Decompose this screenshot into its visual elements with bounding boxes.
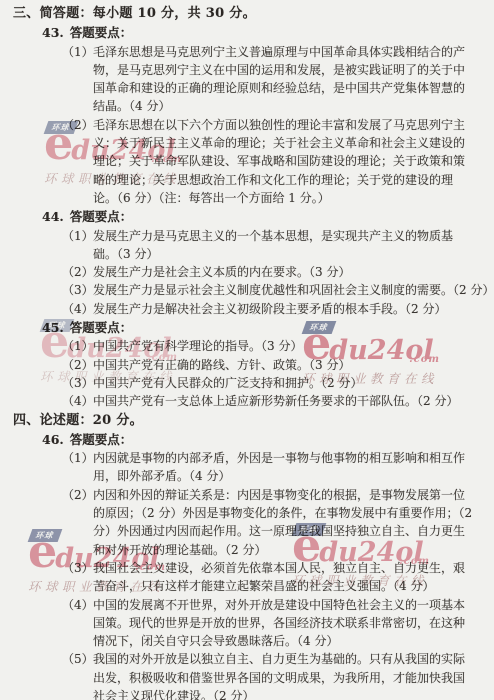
item-marker: （1） (62, 449, 93, 486)
text-line: 发展生产力是显示社会主义制度优越性和巩固社会主义制度的需要。（2 分） (93, 281, 494, 299)
text-line: 发展生产力是解决社会主义初级阶段主要矛盾的根本手段。（2 分） (93, 300, 446, 318)
item-marker: （2） (62, 486, 93, 559)
item-text: 我国的对外开放是以独立自主、自力更生为基础的。只有从我国的实际出发，积极吸收和借… (93, 650, 465, 700)
question-number: 43. (42, 24, 64, 42)
text-line: 我国的对外开放是以独立自主、自力更生为基础的。只有从我国的实际 (93, 650, 465, 668)
item-text: 发展生产力是社会主义本质的内在要求。（3 分） (93, 263, 350, 281)
answer-item: （4）中国共产党有一支总体上适应新形势新任务要求的干部队伍。（2 分） (0, 392, 494, 410)
question-number: 44. (42, 208, 64, 226)
item-marker: （4） (62, 300, 93, 318)
answer-item: （2）毛泽东思想在以下六个方面以独创性的理论丰富和发展了马克思列宁主义：关于新民… (0, 116, 494, 207)
text-line: 内因就是事物的内部矛盾，外因是一事物与他事物的相互影响和相互作 (93, 449, 465, 467)
question-heading: 43.答题要点： (0, 24, 494, 42)
item-marker: （1） (62, 43, 93, 116)
item-marker: （3） (62, 559, 93, 596)
text-line: 社会主义现代化建设。（2 分） (93, 687, 465, 700)
item-text: 内因和外因的辩证关系是：内因是事物变化的根据，是事物发展第一位的原因；（2 分）… (93, 486, 472, 559)
text-line: 理论；关于革命军队建设、军事战略和国防建设的理论；关于政策和策 (93, 152, 465, 170)
answer-item: （5）我国的对外开放是以独立自主、自力更生为基础的。只有从我国的实际出发，积极吸… (0, 650, 494, 700)
item-text: 毛泽东思想是马克思列宁主义普遍原理与中国革命具体实践相结合的产物，是马克思列宁主… (93, 43, 465, 116)
item-text: 中国共产党有一支总体上适应新形势新任务要求的干部队伍。（2 分） (93, 392, 458, 410)
text-line: 中国共产党有人民群众的广泛支持和拥护。（2 分） (93, 374, 362, 392)
text-line: 义：关于新民主主义革命的理论；关于社会主义革命和社会主义建设的 (93, 134, 465, 152)
item-marker: （5） (62, 650, 93, 700)
item-marker: （3） (62, 281, 93, 299)
item-marker: （4） (62, 596, 93, 651)
text-line: 用，即外部矛盾。（4 分） (93, 467, 465, 485)
question-heading: 45.答题要点： (0, 319, 494, 337)
answer-item: （1）内因就是事物的内部矛盾，外因是一事物与他事物的相互影响和相互作用，即外部矛… (0, 449, 494, 486)
answer-item: （3）中国共产党有人民群众的广泛支持和拥护。（2 分） (0, 374, 494, 392)
answer-item: （3）我国社会主义建设，必须首先依靠本国人民，独立自主、自力更生，艰苦奋斗，只有… (0, 559, 494, 596)
text-line: 中国共产党有一支总体上适应新形势新任务要求的干部队伍。（2 分） (93, 392, 458, 410)
text-line: 毛泽东思想在以下六个方面以独创性的理论丰富和发展了马克思列宁主 (93, 116, 465, 134)
text-line: 论。（6 分）（注：每答出一个方面给 1 分。） (93, 189, 465, 207)
text-line: 略的理论；关于思想政治工作和文化工作的理论；关于党的建设的理 (93, 171, 465, 189)
item-text: 中国共产党有正确的路线、方针、政策。（3 分） (93, 356, 350, 374)
question-heading: 44.答题要点： (0, 208, 494, 226)
answer-item: （2）内因和外因的辩证关系是：内因是事物变化的根据，是事物发展第一位的原因；（2… (0, 486, 494, 559)
text-line: 国策。现代的世界是开放的世界，各国经济技术联系非常密切，在这种 (93, 614, 465, 632)
text-line: 发展生产力是马克思主义的一个基本思想，是实现共产主义的物质基 (93, 227, 453, 245)
answer-item: （3）发展生产力是显示社会主义制度优越性和巩固社会主义制度的需要。（2 分） (0, 281, 494, 299)
item-text: 发展生产力是马克思主义的一个基本思想，是实现共产主义的物质基础。（3 分） (93, 227, 453, 264)
item-text: 中国的发展离不开世界，对外开放是建设中国特色社会主义的一项基本国策。现代的世界是… (93, 596, 465, 651)
text-line: 情况下，闭关自守只会导致愚昧落后。（4 分） (93, 632, 465, 650)
question-label: 答题要点： (70, 320, 133, 335)
question-heading: 46.答题要点： (0, 431, 494, 449)
question-label: 答题要点： (70, 209, 133, 224)
text-line: 的原因；（2 分）外因是事物变化的条件，在事物发展中有重要作用；（2 (93, 504, 472, 522)
text-line: 内因和外因的辩证关系是：内因是事物变化的根据，是事物发展第一位 (93, 486, 472, 504)
question-label: 答题要点： (70, 25, 133, 40)
answer-item: （4）发展生产力是解决社会主义初级阶段主要矛盾的根本手段。（2 分） (0, 300, 494, 318)
answer-key-content: 三、简答题：每小题 10 分，共 30 分。43.答题要点：（1）毛泽东思想是马… (0, 0, 494, 700)
text-line: 础。（3 分） (93, 245, 453, 263)
text-line: 毛泽东思想是马克思列宁主义普遍原理与中国革命具体实践相结合的产 (93, 43, 465, 61)
answer-item: （1）中国共产党有科学理论的指导。（3 分） (0, 337, 494, 355)
text-line: 出发，积极吸收和借鉴世界各国的文明成果，为我所用，才能加快我国 (93, 669, 465, 687)
item-text: 中国共产党有人民群众的广泛支持和拥护。（2 分） (93, 374, 362, 392)
text-line: 结晶。（4 分） (93, 97, 465, 115)
answer-item: （4）中国的发展离不开世界，对外开放是建设中国特色社会主义的一项基本国策。现代的… (0, 596, 494, 651)
answer-item: （1）毛泽东思想是马克思列宁主义普遍原理与中国革命具体实践相结合的产物，是马克思… (0, 43, 494, 116)
text-line: 国革命和建设的正确的理论原则和经验总结，是中国共产党集体智慧的 (93, 79, 465, 97)
answer-item: （1）发展生产力是马克思主义的一个基本思想，是实现共产主义的物质基础。（3 分） (0, 227, 494, 264)
question-number: 45. (42, 319, 64, 337)
text-line: 中国共产党有科学理论的指导。（3 分） (93, 337, 302, 355)
text-line: 发展生产力是社会主义本质的内在要求。（3 分） (93, 263, 350, 281)
item-marker: （3） (62, 374, 93, 392)
item-marker: （2） (62, 263, 93, 281)
text-line: 苦奋斗，只有这样才能建立起繁荣昌盛的社会主义强国。（4 分） (93, 577, 465, 595)
item-text: 毛泽东思想在以下六个方面以独创性的理论丰富和发展了马克思列宁主义：关于新民主主义… (93, 116, 465, 207)
question-label: 答题要点： (70, 432, 133, 447)
item-text: 发展生产力是显示社会主义制度优越性和巩固社会主义制度的需要。（2 分） (93, 281, 494, 299)
text-line: 和对外开放的理论基础。（2 分） (93, 541, 472, 559)
scanned-answer-key-page: 环球edu24ol.com环球职业教育在线环球edu24ol.com环球职业教育… (0, 0, 494, 700)
item-text: 内因就是事物的内部矛盾，外因是一事物与他事物的相互影响和相互作用，即外部矛盾。（… (93, 449, 465, 486)
text-line: 我国社会主义建设，必须首先依靠本国人民，独立自主、自力更生，艰 (93, 559, 465, 577)
answer-item: （2）中国共产党有正确的路线、方针、政策。（3 分） (0, 356, 494, 374)
answer-item: （2）发展生产力是社会主义本质的内在要求。（3 分） (0, 263, 494, 281)
item-text: 发展生产力是解决社会主义初级阶段主要矛盾的根本手段。（2 分） (93, 300, 446, 318)
item-marker: （1） (62, 337, 93, 355)
item-marker: （2） (62, 116, 93, 207)
section-heading: 三、简答题：每小题 10 分，共 30 分。 (0, 5, 494, 23)
item-marker: （1） (62, 227, 93, 264)
text-line: 中国共产党有正确的路线、方针、政策。（3 分） (93, 356, 350, 374)
item-marker: （2） (62, 356, 93, 374)
text-line: 物，是马克思列宁主义在中国的运用和发展，是被实践证明了的关于中 (93, 61, 465, 79)
item-text: 中国共产党有科学理论的指导。（3 分） (93, 337, 302, 355)
text-line: 分）外因通过内因而起作用。这一原理是我国坚持独立自主、自力更生 (93, 522, 472, 540)
item-text: 我国社会主义建设，必须首先依靠本国人民，独立自主、自力更生，艰苦奋斗，只有这样才… (93, 559, 465, 596)
question-number: 46. (42, 431, 64, 449)
text-line: 中国的发展离不开世界，对外开放是建设中国特色社会主义的一项基本 (93, 596, 465, 614)
item-marker: （4） (62, 392, 93, 410)
section-heading: 四、论述题：20 分。 (0, 412, 494, 430)
